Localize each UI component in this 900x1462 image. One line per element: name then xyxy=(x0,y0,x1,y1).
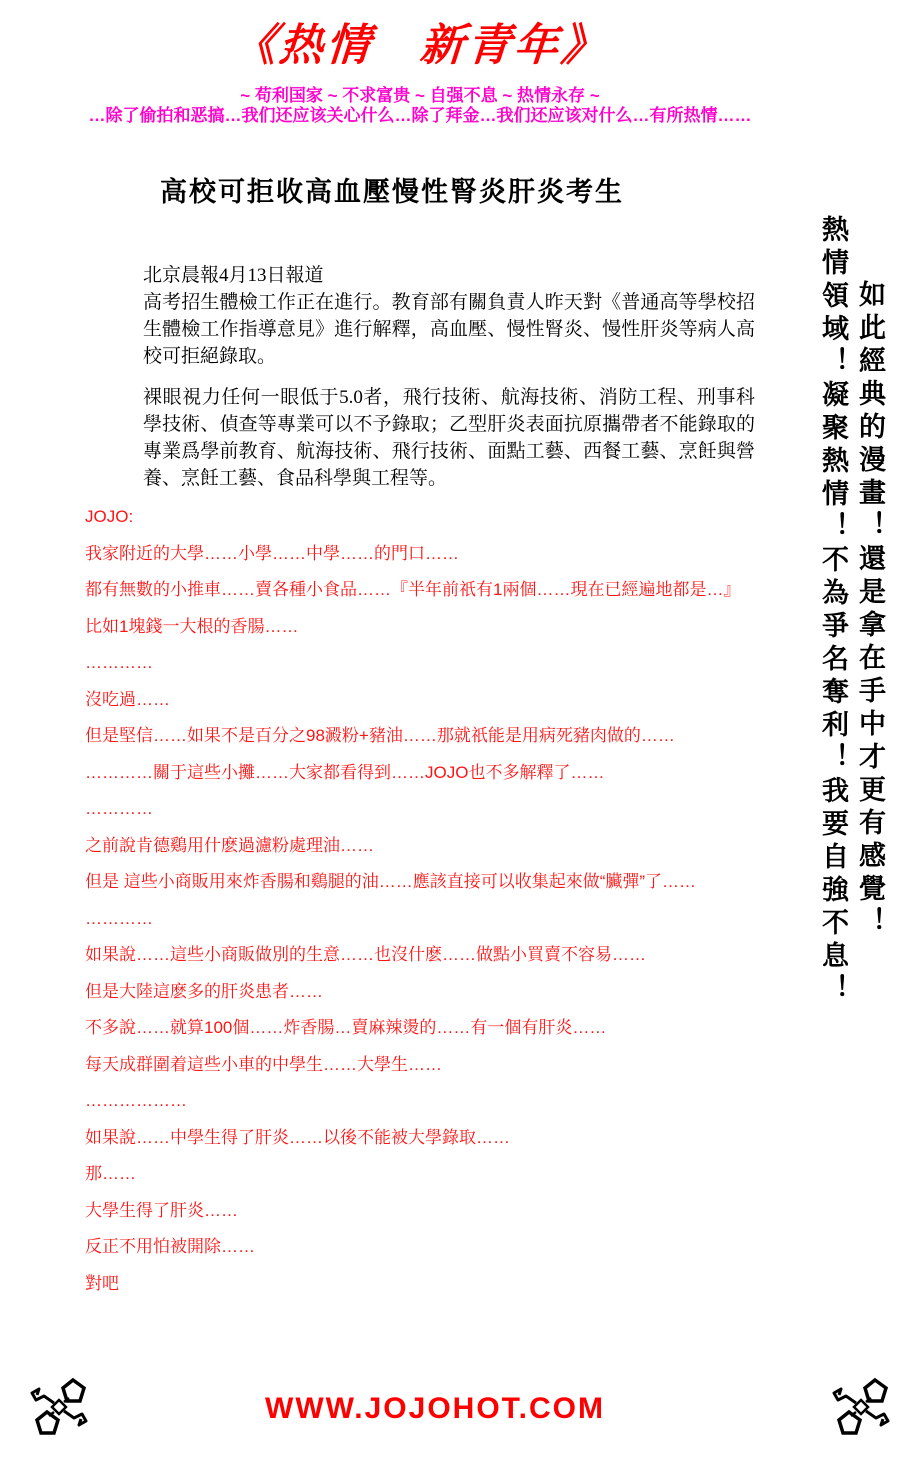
jojo-comment-line: 但是大陸這麽多的肝炎患者…… xyxy=(85,982,797,1019)
news-paragraph-1: 高考招生體檢工作正在進行。教育部有關負責人昨天對《普通高等學校招生體檢工作指導意… xyxy=(143,289,755,370)
jojo-comment-line: 但是堅信……如果不是百分之98澱粉+豬油……那就祇能是用病死豬肉做的…… xyxy=(85,726,797,763)
masthead-slogan-line2: …除了偷拍和恶搞…我们还应该关心什么…除了拜金…我们还应该对什么…有所热情…… xyxy=(0,106,840,125)
jojo-comment-line: ………… xyxy=(85,653,797,690)
jojo-comment-line: 對吧 xyxy=(85,1274,797,1311)
jojo-comment-line: …………關于這些小攤……大家都看得到……JOJO也不多解釋了…… xyxy=(85,763,797,800)
jojo-comment-line: 如果說……中學生得了肝炎……以後不能被大學錄取…… xyxy=(85,1128,797,1165)
magazine-page: { "colors": { "title_red": "#ff0000", "s… xyxy=(0,0,900,1462)
news-body: 北京晨報4月13日報道 高考招生體檢工作正在進行。教育部有關負責人昨天對《普通高… xyxy=(143,262,755,492)
jojo-comment-line: ……………… xyxy=(85,1091,797,1128)
news-byline: 北京晨報4月13日報道 xyxy=(143,262,755,289)
jojo-comment-line: 每天成群圍着這些小車的中學生……大學生…… xyxy=(85,1055,797,1092)
article-headline: 高校可拒收高血壓慢性腎炎肝炎考生 xyxy=(160,170,624,209)
jojo-commentary: JOJO: 我家附近的大學……小學……中學……的門口…… 都有無數的小推車……賣… xyxy=(85,507,797,1310)
jojo-comment-line: ………… xyxy=(85,909,797,946)
jojo-comment-line: 但是 這些小商販用來炸香腸和鷄腿的油……應該直接可以收集起來做“臟彈”了…… xyxy=(85,872,797,909)
jojo-comment-line: 那…… xyxy=(85,1164,797,1201)
jojo-comment-line: 沒吃過…… xyxy=(85,690,797,727)
news-paragraph-2: 裸眼視力任何一眼低于5.0者，飛行技術、航海技術、消防工程、刑事科學技術、偵查等… xyxy=(143,384,755,492)
jojo-comment-line: 大學生得了肝炎…… xyxy=(85,1201,797,1238)
jojo-comment-line: 不多說……就算100個……炸香腸…賣麻辣燙的……有一個有肝炎…… xyxy=(85,1018,797,1055)
jojo-comment-line: 都有無數的小推車……賣各種小食品……『半年前祇有1兩個……現在已經遍地都是…』 xyxy=(85,580,797,617)
magazine-title: 《热情 新青年》 xyxy=(0,22,842,70)
jojo-comment-line: JOJO: xyxy=(85,507,797,544)
masthead-slogan-line1: ~ 苟利国家 ~ 不求富贵 ~ 自强不息 ~ 热情永存 ~ xyxy=(0,86,840,105)
vertical-slogan-inner: 如此經典的漫畫！還是拿在手中才更有感覺！ xyxy=(851,280,890,940)
pinwheel-icon xyxy=(826,1372,896,1442)
jojo-comment-line: ………… xyxy=(85,799,797,836)
jojo-comment-line: 反正不用怕被開除…… xyxy=(85,1237,797,1274)
jojo-comment-line: 我家附近的大學……小學……中學……的門口…… xyxy=(85,544,797,581)
vertical-slogan-outer: 熱情領域！凝聚熱情！不為爭名奪利！我要自強不息！ xyxy=(814,215,853,1007)
jojo-comment-line: 之前說肯德鷄用什麽過濾粉處理油…… xyxy=(85,836,797,873)
masthead: 《热情 新青年》 ~ 苟利国家 ~ 不求富贵 ~ 自强不息 ~ 热情永存 ~ …… xyxy=(0,22,840,125)
website-link[interactable]: WWW.JOJOHOT.COM xyxy=(0,1392,870,1426)
jojo-comment-line: 如果說……這些小商販做別的生意……也沒什麽……做點小買賣不容易…… xyxy=(85,945,797,982)
jojo-comment-line: 比如1塊錢一大根的香腸…… xyxy=(85,617,797,654)
